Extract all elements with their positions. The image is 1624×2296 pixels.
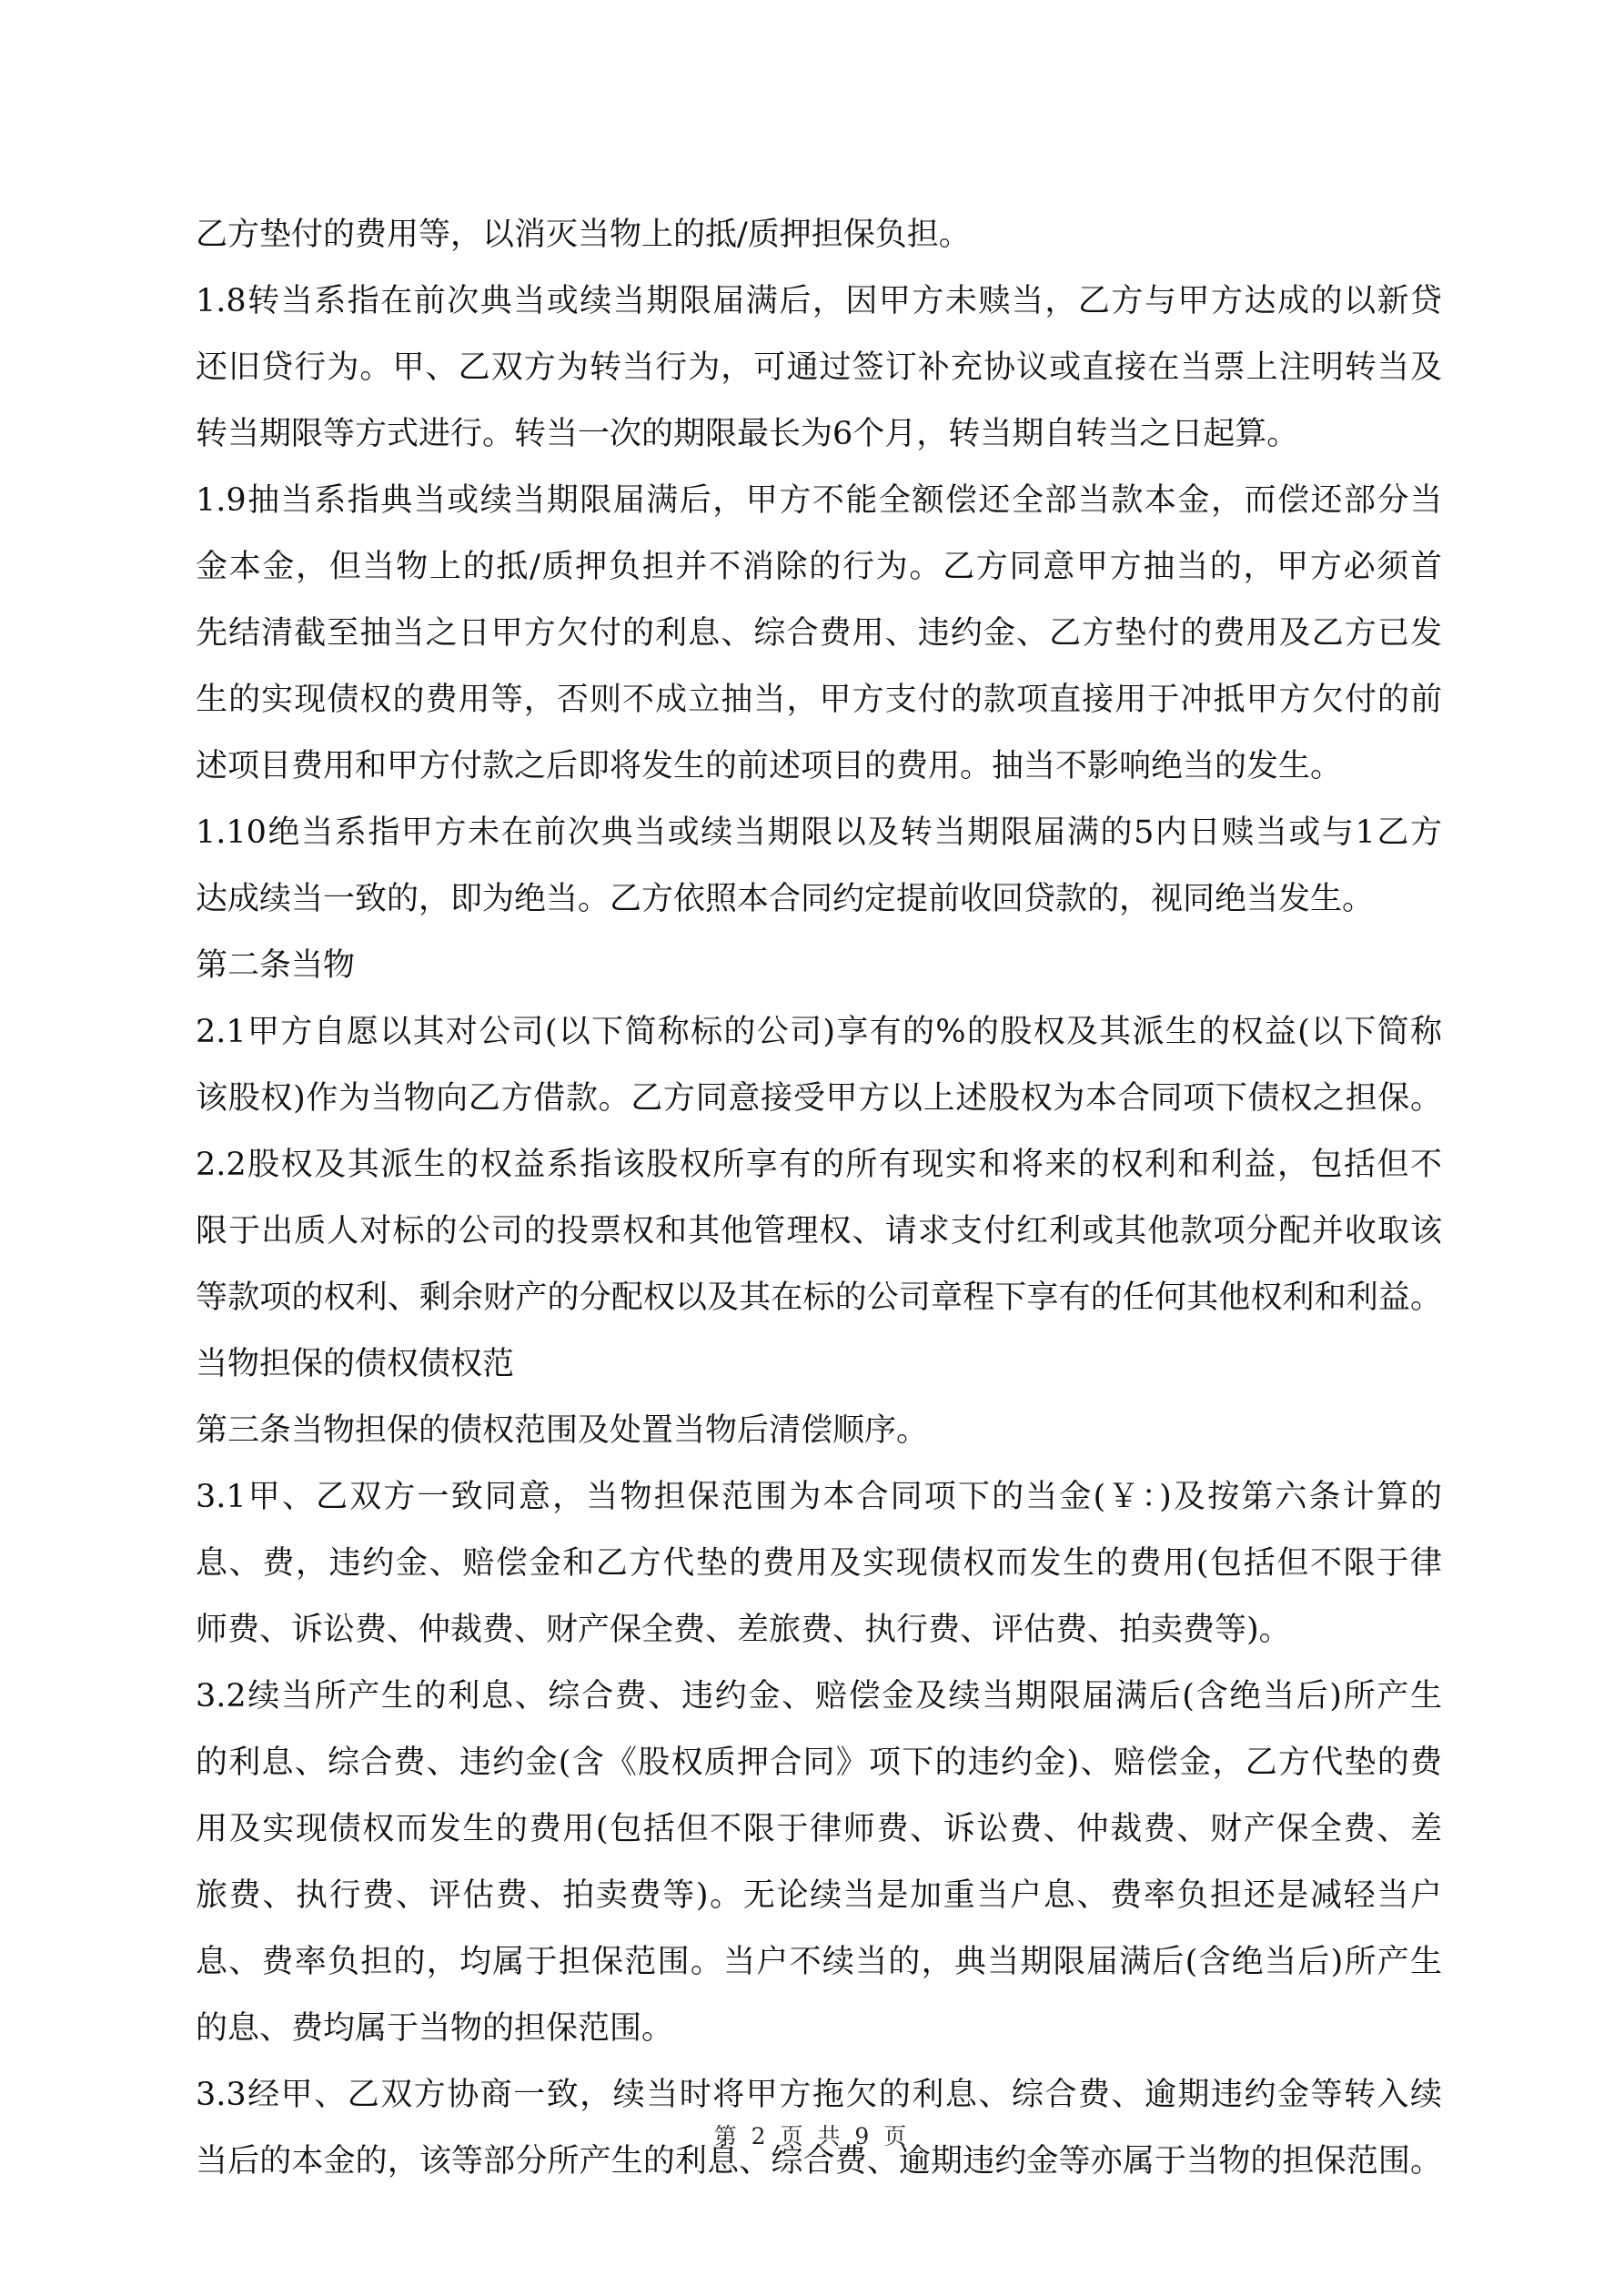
text-line: 旅费、执行费、评估费、拍卖费等)。无论续当是加重当户息、费率负担还是减轻当户 <box>196 1863 1442 1929</box>
text-line: 1.9抽当系指典当或续当期限届满后，甲方不能全额偿还全部当款本金，而偿还部分当 <box>196 468 1442 534</box>
text-line: 限于出质人对标的公司的投票权和其他管理权、请求支付红利或其他款项分配并收取该 <box>196 1199 1442 1265</box>
page-number-footer: 第 2 页 共 9 页 <box>0 2119 1624 2151</box>
document-body: 乙方垫付的费用等，以消灭当物上的抵/质押担保负担。 1.8转当系指在前次典当或续… <box>196 202 1442 2195</box>
document-page: 乙方垫付的费用等，以消灭当物上的抵/质押担保负担。 1.8转当系指在前次典当或续… <box>0 0 1624 2296</box>
text-line: 息、费，违约金、赔偿金和乙方代垫的费用及实现债权而发生的费用(包括但不限于律 <box>196 1531 1442 1597</box>
section-heading: 当物担保的债权债权范 <box>196 1331 1442 1398</box>
text-line: 金本金，但当物上的抵/质押负担并不消除的行为。乙方同意甲方抽当的，甲方必须首 <box>196 534 1442 601</box>
text-line: 1.8转当系指在前次典当或续当期限届满后，因甲方未赎当，乙方与甲方达成的以新贷 <box>196 268 1442 335</box>
section-heading: 第三条当物担保的债权范围及处置当物后清偿顺序。 <box>196 1398 1442 1464</box>
text-line: 1.10绝当系指甲方未在前次典当或续当期限以及转当期限届满的5内日赎当或与1乙方 <box>196 800 1442 866</box>
text-line: 述项目费用和甲方付款之后即将发生的前述项目的费用。抽当不影响绝当的发生。 <box>196 733 1442 800</box>
text-line: 还旧贷行为。甲、乙双方为转当行为，可通过签订补充协议或直接在当票上注明转当及 <box>196 335 1442 401</box>
text-line: 转当期限等方式进行。转当一次的期限最长为6个月，转当期自转当之日起算。 <box>196 401 1442 468</box>
text-line: 息、费率负担的，均属于担保范围。当户不续当的，典当期限届满后(含绝当后)所产生 <box>196 1929 1442 1996</box>
text-line: 2.1甲方自愿以其对公司(以下简称标的公司)享有的%的股权及其派生的权益(以下简… <box>196 999 1442 1066</box>
text-line: 用及实现债权而发生的费用(包括但不限于律师费、诉讼费、仲裁费、财产保全费、差 <box>196 1796 1442 1863</box>
text-line: 等款项的权利、剩余财产的分配权以及其在标的公司章程下享有的任何其他权利和利益。 <box>196 1265 1442 1331</box>
text-line: 3.1甲、乙双方一致同意，当物担保范围为本合同项下的当金(￥：)及按第六条计算的 <box>196 1464 1442 1531</box>
text-line: 的息、费均属于当物的担保范围。 <box>196 1996 1442 2062</box>
text-line: 3.2续当所产生的利息、综合费、违约金、赔偿金及续当期限届满后(含绝当后)所产生 <box>196 1664 1442 1730</box>
section-heading: 第二条当物 <box>196 933 1442 999</box>
text-line: 2.2股权及其派生的权益系指该股权所享有的所有现实和将来的权利和利益，包括但不 <box>196 1132 1442 1199</box>
text-line: 师费、诉讼费、仲裁费、财产保全费、差旅费、执行费、评估费、拍卖费等)。 <box>196 1597 1442 1664</box>
text-line: 该股权)作为当物向乙方借款。乙方同意接受甲方以上述股权为本合同项下债权之担保。 <box>196 1066 1442 1132</box>
text-line: 乙方垫付的费用等，以消灭当物上的抵/质押担保负担。 <box>196 202 1442 268</box>
text-line: 达成续当一致的，即为绝当。乙方依照本合同约定提前收回贷款的，视同绝当发生。 <box>196 866 1442 933</box>
text-line: 的利息、综合费、违约金(含《股权质押合同》项下的违约金)、赔偿金，乙方代垫的费 <box>196 1730 1442 1796</box>
text-line: 先结清截至抽当之日甲方欠付的利息、综合费用、违约金、乙方垫付的费用及乙方已发 <box>196 601 1442 667</box>
text-line: 生的实现债权的费用等，否则不成立抽当，甲方支付的款项直接用于冲抵甲方欠付的前 <box>196 667 1442 733</box>
